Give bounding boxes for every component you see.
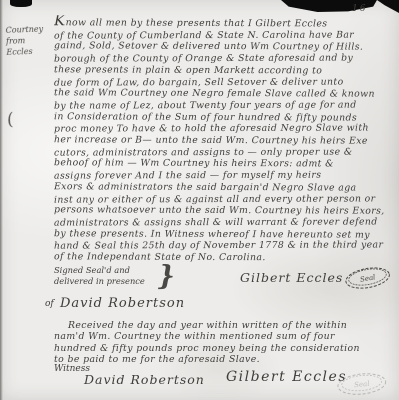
deed-line: Exors & administrators the said bargain'… — [54, 181, 398, 194]
attestation-line1: Signed Seal'd and — [54, 265, 145, 276]
signature-gilbert-eccles: Gilbert Eccles — [226, 369, 347, 385]
margin-mark: ( — [5, 110, 16, 131]
deed-line: her increase or B— unto the said Wm. Cou… — [54, 134, 398, 147]
scanned-document-page: 16 Courtney from Eccles ( Know all men b… — [0, 0, 399, 400]
margin-note: Courtney from Eccles — [5, 23, 54, 58]
seal-label: Seal — [359, 273, 376, 284]
signature-david-robertson: David Robertson — [60, 296, 185, 311]
deed-line: of the Independant State of No. Carolina… — [54, 251, 398, 264]
margin-note-line3: Eccles — [6, 45, 54, 58]
deed-line: by the name of Lez, about Twenty four ye… — [54, 99, 398, 112]
receipt-line: nam'd Wm. Courtney the within mentioned … — [54, 331, 398, 342]
receipt-body-text: Received the day and year within written… — [54, 320, 398, 366]
receipt-line: Received the day and year within written… — [54, 320, 398, 331]
attestation-clause: Signed Seal'd and delivered in presence — [54, 265, 145, 286]
attestation-brace: } — [158, 260, 175, 292]
seal-stamp-faded-icon: Seal — [335, 368, 390, 400]
attestation-line2: delivered in presence — [54, 276, 145, 287]
scan-edge-shadow — [0, 0, 3, 400]
deed-line: Know all men by these presents that I Gi… — [54, 15, 398, 30]
scan-artifact-corner — [377, 0, 399, 13]
page-number: 16 — [352, 4, 367, 14]
receipt-line: hundred & fifty pounds proc money being … — [54, 343, 398, 354]
deed-line: these presents in plain & open Markett a… — [54, 64, 398, 77]
deed-body-text: Know all men by these presents that I Gi… — [54, 16, 398, 264]
scan-artifact-top-left — [10, 0, 32, 7]
signature-david-robertson: David Robertson — [84, 372, 205, 387]
seal-label: Seal — [354, 380, 370, 390]
receipt-line: to be paid to me for the aforesaid Slave… — [54, 354, 398, 365]
deed-line: borough of the County of Orange & State … — [54, 53, 398, 66]
seal-stamp-icon: Seal — [342, 262, 394, 298]
deed-line: administrators & assigns shall & will wa… — [54, 216, 398, 229]
of-label: of — [45, 299, 54, 309]
signature-gilbert-eccles: Gilbert Eccles — [240, 270, 343, 285]
